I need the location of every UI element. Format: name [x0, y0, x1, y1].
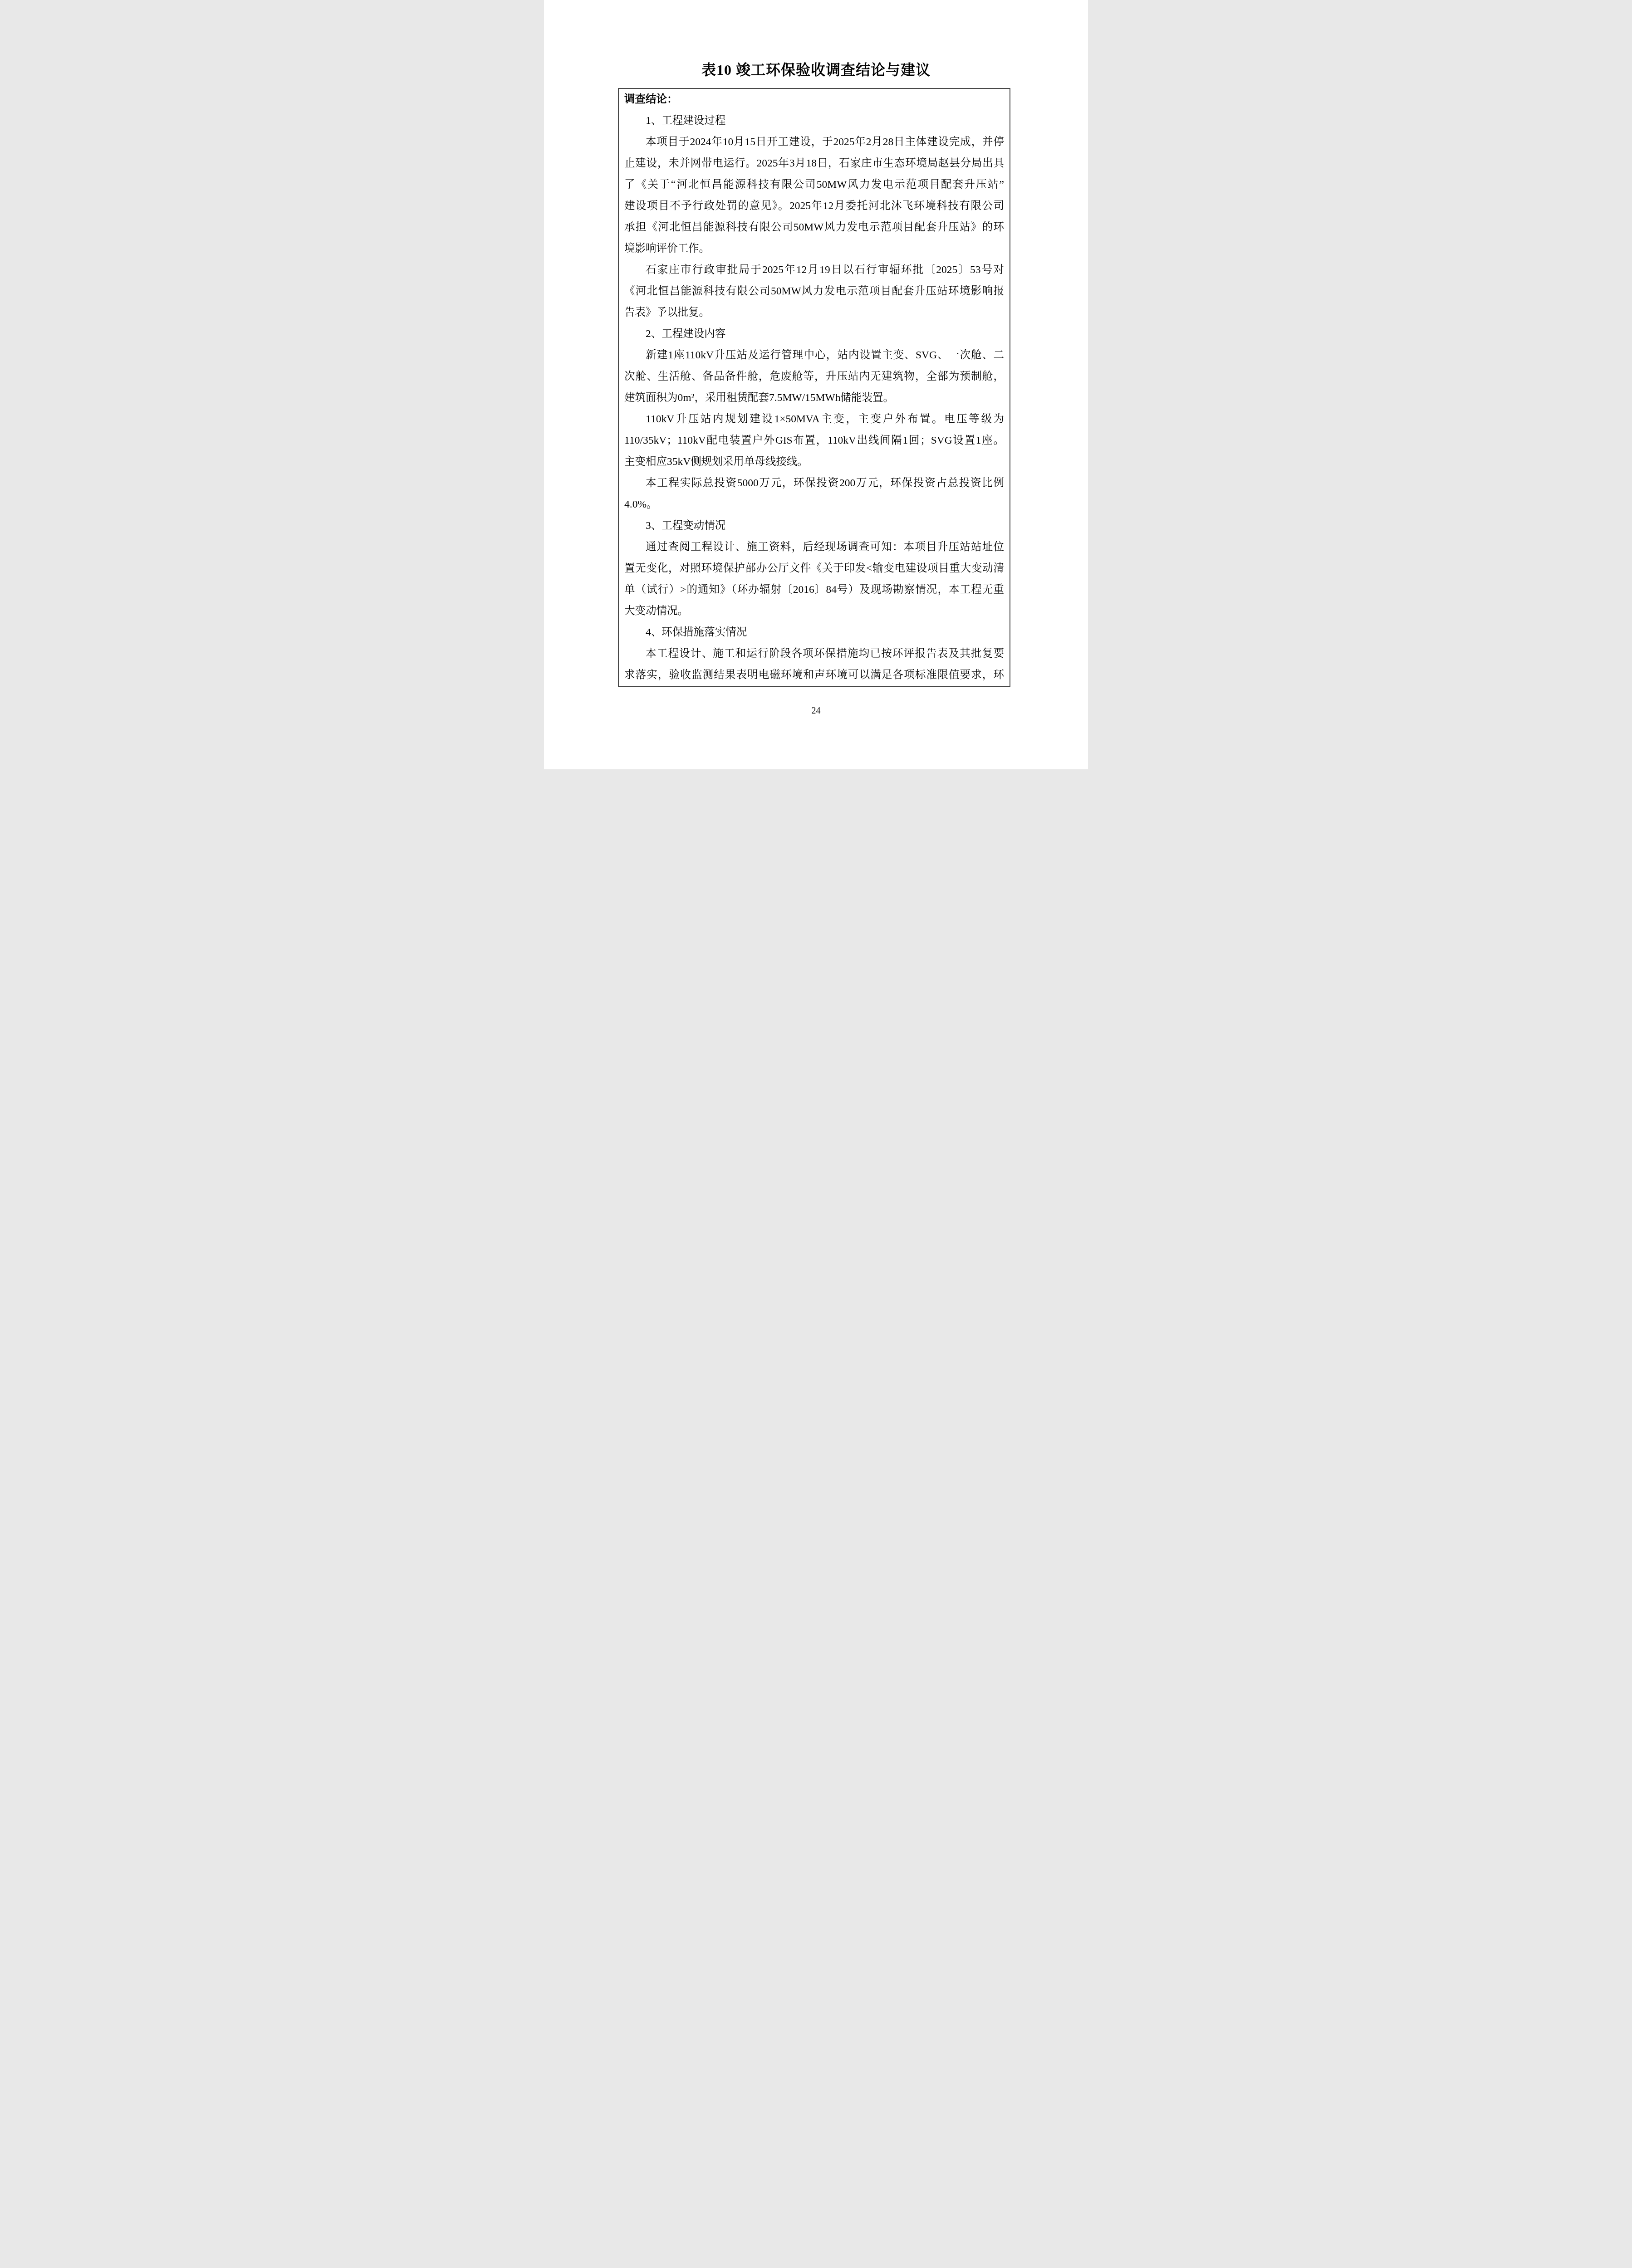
text-line: 本工程设计、施工和运行阶段各项环保措施均已按环评报告表及其批复要 — [624, 643, 1004, 665]
text-line: 110/35kV；110kV配电装置户外GIS布置，110kV出线间隔1回；SV… — [624, 430, 1004, 451]
text-line: 通过查阅工程设计、施工资料，后经现场调查可知：本项目升压站站址位 — [624, 537, 1004, 558]
text-line: 4、环保措施落实情况 — [624, 622, 1004, 643]
text-line: 1、工程建设过程 — [624, 110, 1004, 132]
document-page: 表10 竣工环保验收调查结论与建议 调查结论： 1、工程建设过程 本项目于202… — [544, 0, 1088, 769]
text-line: 主变相应35kV侧规划采用单母线接线。 — [624, 451, 1004, 473]
text-line: 置无变化，对照环境保护部办公厅文件《关于印发<输变电建设项目重大变动清 — [624, 558, 1004, 579]
text-line: 2、工程建设内容 — [624, 323, 1004, 345]
text-line: 告表》予以批复。 — [624, 302, 1004, 323]
text-line: 新建1座110kV升压站及运行管理中心，站内设置主变、SVG、一次舱、二 — [624, 345, 1004, 366]
text-line: 大变动情况。 — [624, 601, 1004, 622]
text-line: 建设项目不予行政处罚的意见》。2025年12月委托河北沐飞环境科技有限公司 — [624, 196, 1004, 217]
section-label: 调查结论： — [624, 89, 1004, 110]
page-title: 表10 竣工环保验收调查结论与建议 — [544, 61, 1088, 79]
text-line: 求落实，验收监测结果表明电磁环境和声环境可以满足各项标准限值要求，环 — [624, 665, 1004, 686]
text-line: 境影响评价工作。 — [624, 238, 1004, 259]
text-line: 建筑面积为0m²，采用租赁配套7.5MW/15MWh储能装置。 — [624, 387, 1004, 409]
page-number: 24 — [544, 705, 1088, 717]
text-line: 承担《河北恒昌能源科技有限公司50MW风力发电示范项目配套升压站》的环 — [624, 217, 1004, 238]
text-line: 110kV升压站内规划建设1×50MVA主变，主变户外布置。电压等级为 — [624, 409, 1004, 430]
text-line: 单（试行）>的通知》（环办辐射〔2016〕84号）及现场勘察情况，本工程无重 — [624, 579, 1004, 601]
text-line: 4.0%。 — [624, 494, 1004, 515]
text-line: 石家庄市行政审批局于2025年12月19日以石行审辐环批〔2025〕53号对 — [624, 259, 1004, 281]
text-line: 本工程实际总投资5000万元，环保投资200万元，环保投资占总投资比例 — [624, 473, 1004, 494]
text-line: 了《关于“河北恒昌能源科技有限公司50MW风力发电示范项目配套升压站” — [624, 174, 1004, 196]
text-line: 次舱、生活舱、备品备件舱，危废舱等，升压站内无建筑物，全部为预制舱， — [624, 366, 1004, 387]
text-line: 《河北恒昌能源科技有限公司50MW风力发电示范项目配套升压站环境影响报 — [624, 281, 1004, 302]
text-line: 止建设，未并网带电运行。2025年3月18日，石家庄市生态环境局赵县分局出具 — [624, 153, 1004, 174]
conclusions-table-cell: 调查结论： 1、工程建设过程 本项目于2024年10月15日开工建设，于2025… — [618, 88, 1010, 687]
text-line: 3、工程变动情况 — [624, 515, 1004, 537]
text-line: 本项目于2024年10月15日开工建设，于2025年2月28日主体建设完成，并停 — [624, 132, 1004, 153]
